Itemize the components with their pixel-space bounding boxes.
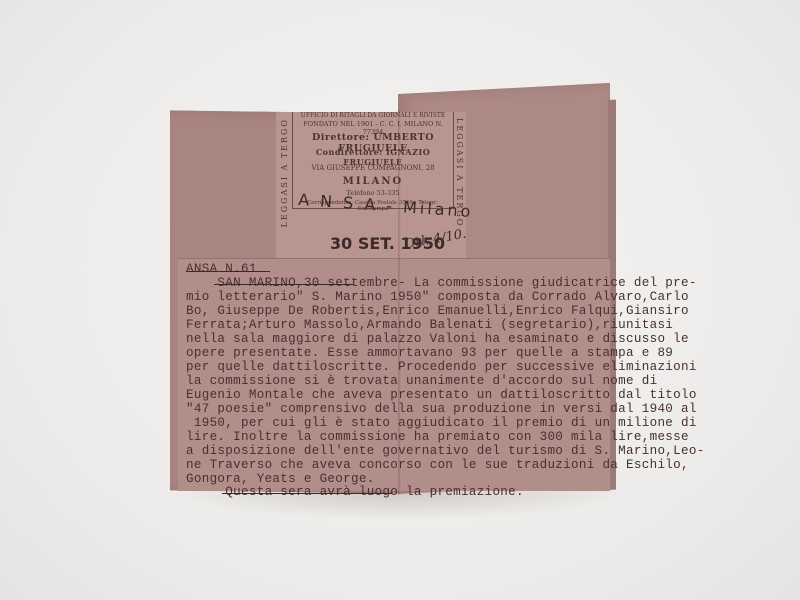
closing-strikethrough: [222, 493, 392, 494]
dispatch-line: Eugenio Montale che aveva presentato un …: [186, 388, 697, 402]
letterhead-city: MILANO: [293, 176, 453, 187]
dispatch-line: mio letterario" S. Marino 1950" composta…: [186, 290, 689, 304]
dispatch-line: Gongora, Yeats e George.: [186, 472, 375, 486]
dispatch-line: "47 poesie" comprensivo della sua produz…: [186, 402, 697, 416]
header-strikethrough: [186, 271, 270, 272]
letterhead-side-text-left: LEGGASI A TERGO: [280, 118, 289, 227]
dispatch-line: a disposizione dell'ente governativo del…: [186, 444, 705, 458]
dispatch-line: Bo, Giuseppe De Robertis,Enrico Emanuell…: [186, 304, 689, 318]
letterhead-line-1: UFFICIO DI RITAGLI DA GIORNALI E RIVISTE: [293, 112, 453, 119]
dispatch-line: Ferrata;Arturo Massolo,Armando Balenati …: [186, 318, 673, 332]
letterhead-address: VIA GIUSEPPE COMPAGNONI, 28: [293, 164, 453, 172]
dispatch-line: per quelle dattiloscritte. Procedendo pe…: [186, 360, 697, 374]
dispatch-line: 1950, per cui gli è stato aggiudicato il…: [186, 416, 697, 430]
dispatch-line-closing: Questa sera avrà luogo la premiazione.: [186, 485, 524, 499]
dispatch-line: lire. Inoltre la commissione ha premiato…: [186, 430, 689, 444]
dispatch-line: la commissione si è trovata unanimente d…: [186, 374, 657, 388]
dispatch-line: nella sala maggiore di palazzo Valoni ha…: [186, 332, 689, 346]
dispatch-line: ne Traverso che aveva concorso con le su…: [186, 458, 689, 472]
dateline-strikethrough: [214, 284, 354, 285]
dispatch-line: SAN MARINO,30 settembre- La commissione …: [186, 276, 697, 290]
dispatch-line: opere presentate. Esse ammortavano 93 pe…: [186, 346, 673, 360]
dispatch-header: ANSA N.61: [186, 262, 257, 276]
